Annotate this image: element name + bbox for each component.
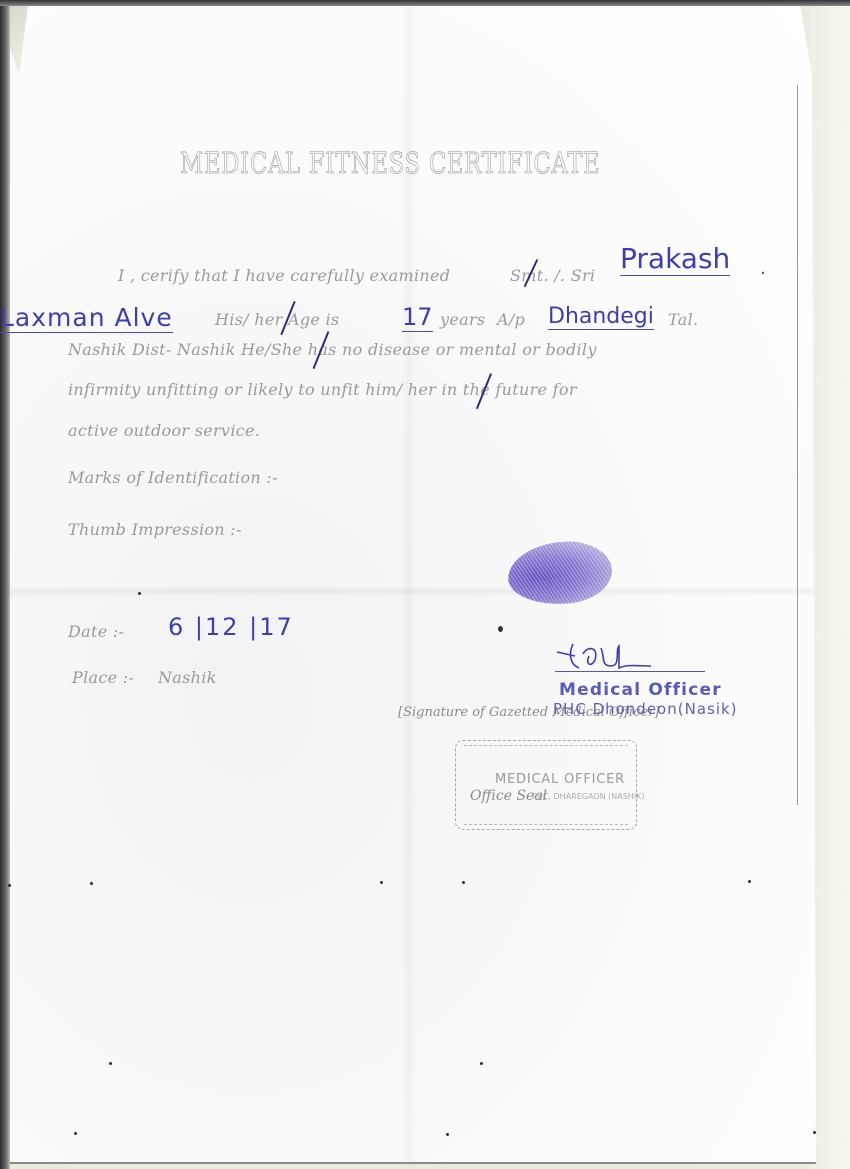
- age-text: His/ her Age is: [215, 310, 339, 329]
- signature-line: [555, 671, 705, 672]
- certify-text: I , cerify that I have carefully examine…: [118, 266, 450, 285]
- speck: [90, 882, 93, 885]
- handwritten-village: Dhandegi: [548, 304, 654, 330]
- speck: [74, 1132, 77, 1135]
- scan-background-right: [810, 0, 850, 1169]
- honorific-text: Smt. /. Sri: [510, 266, 595, 285]
- body-line-4: infirmity unfitting or likely to unfit h…: [68, 380, 577, 399]
- speck: [748, 880, 751, 883]
- scan-edge-left: [0, 0, 10, 1169]
- speck: [8, 884, 11, 887]
- handwritten-name-rest: Laxman Alve: [0, 303, 173, 333]
- handwritten-date: 6 |12 |17: [168, 613, 294, 641]
- body-line-3: Nashik Dist- Nashik He/She has no diseas…: [68, 340, 597, 359]
- office-seal-label: Office Seal: [470, 788, 547, 804]
- speck: [109, 1062, 112, 1065]
- place-label: Place :-: [72, 668, 134, 687]
- address-label: A/p: [497, 310, 525, 329]
- officer-stamp-title: Medical Officer: [559, 680, 722, 700]
- handwritten-name-first: Prakash: [620, 242, 730, 276]
- certificate-title: MEDICAL FITNESS CERTIFICATE: [180, 146, 500, 180]
- speck: [138, 592, 141, 595]
- scan-edge-top: [0, 0, 850, 6]
- name-period: .: [760, 258, 766, 279]
- officer-stamp-location: PHC Dhondeon(Nasik): [553, 700, 738, 718]
- taluka-text: Tal.: [668, 310, 698, 329]
- marks-of-identification-label: Marks of Identification :-: [68, 468, 278, 487]
- speck: [380, 881, 383, 884]
- speck: [462, 881, 465, 884]
- date-label: Date :-: [68, 622, 124, 641]
- speck: [446, 1133, 449, 1136]
- thumb-impression-label: Thumb Impression :-: [68, 520, 242, 539]
- place-value: Nashik: [158, 668, 217, 687]
- speck: [480, 1062, 483, 1065]
- speck: [498, 626, 503, 632]
- years-text: years: [440, 310, 485, 329]
- handwritten-age: 17: [402, 303, 433, 332]
- body-line-5: active outdoor service.: [68, 421, 260, 440]
- paper-edge-line: [797, 85, 798, 805]
- rubber-stamp-title: MEDICAL OFFICER: [495, 772, 625, 787]
- rubber-stamp-subtitle: PHC, DHAREGAON (NASHIK): [532, 792, 645, 801]
- speck: [813, 1131, 816, 1134]
